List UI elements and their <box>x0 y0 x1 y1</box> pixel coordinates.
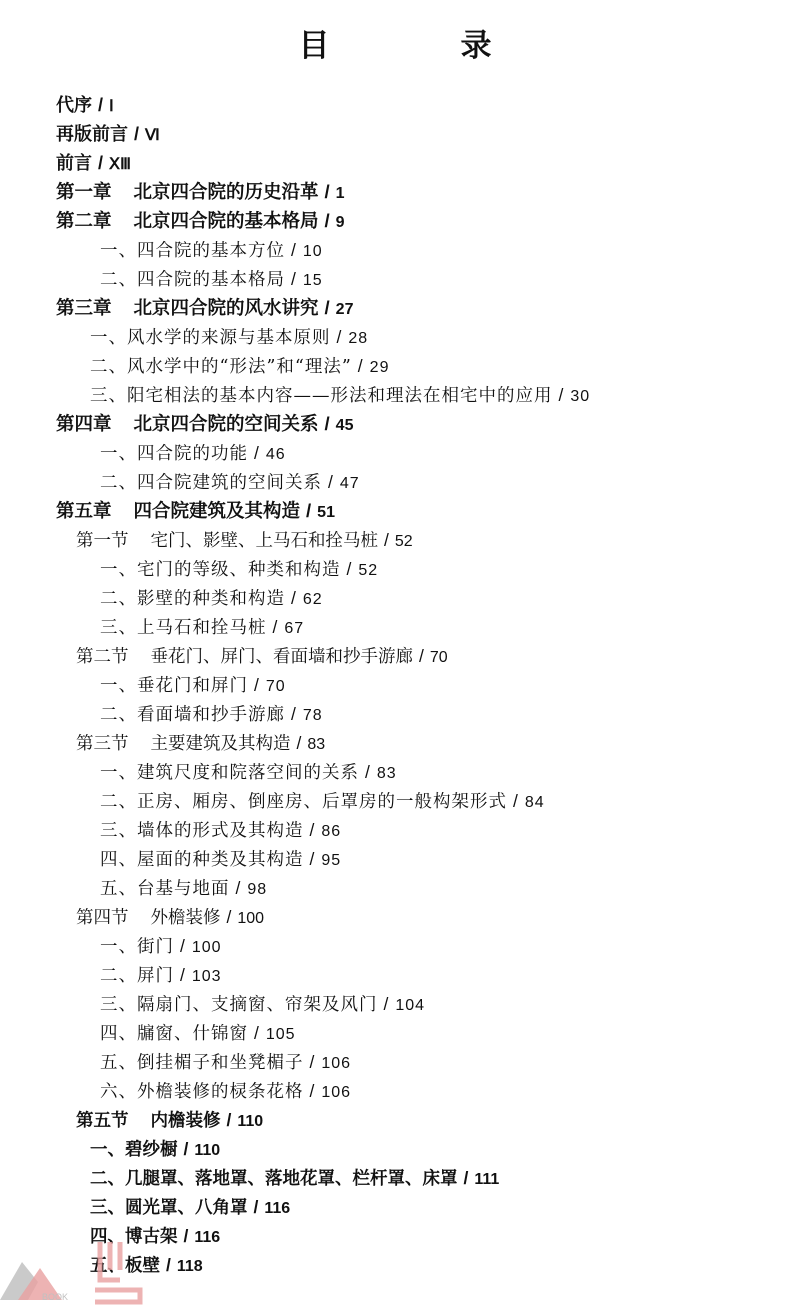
page-number: Ⅰ <box>109 98 114 115</box>
toc-item-entry[interactable]: 三、圆光罩、八角罩/116 <box>90 1194 290 1222</box>
toc-item-entry[interactable]: 四、牖窗、什锦窗/105 <box>100 1020 296 1048</box>
separator: / <box>419 646 424 666</box>
entry-label: 一、碧纱橱 <box>90 1140 178 1160</box>
toc-item-entry[interactable]: 一、建筑尺度和院落空间的关系/83 <box>100 759 397 787</box>
toc-item2-entry[interactable]: 三、阳宅相法的基本内容——形法和理法在相宅中的应用/30 <box>90 382 590 410</box>
entry-label: 四、屋面的种类及其构造 <box>100 850 304 870</box>
page-number: 70 <box>430 649 448 666</box>
entry-label: 四、牖窗、什锦窗 <box>100 1024 248 1044</box>
separator: / <box>291 269 297 289</box>
page-number: 52 <box>358 562 378 579</box>
toc-chapter-entry[interactable]: 第二章北京四合院的基本格局/9 <box>56 208 345 236</box>
separator: / <box>310 820 316 840</box>
toc-section-entry[interactable]: 第一节宅门、影壁、上马石和拴马桩/52 <box>76 527 413 555</box>
toc-item-entry[interactable]: 一、宅门的等级、种类和构造/52 <box>100 556 378 584</box>
separator: / <box>184 1226 189 1246</box>
toc-item-entry[interactable]: 二、看面墙和抄手游廊/78 <box>100 701 323 729</box>
entry-label: 五、台基与地面 <box>100 879 230 899</box>
toc-chapter-entry[interactable]: 第三章北京四合院的风水讲究/27 <box>56 295 353 323</box>
page-number: 30 <box>570 388 590 405</box>
page-number: 51 <box>317 504 335 521</box>
page-number: 52 <box>395 533 413 550</box>
toc-item-entry[interactable]: 三、墙体的形式及其构造/86 <box>100 817 341 845</box>
separator: / <box>166 1255 171 1275</box>
page-number: 110 <box>194 1142 220 1159</box>
page-number: 9 <box>336 214 345 231</box>
separator: / <box>384 530 389 550</box>
entry-label: 外檐装修 <box>151 908 221 928</box>
toc-section-entry[interactable]: 第二节垂花门、屏门、看面墙和抄手游廊/70 <box>76 643 448 671</box>
toc-item-entry[interactable]: 三、上马石和拴马桩/67 <box>100 614 304 642</box>
toc-item-entry[interactable]: 一、街门/100 <box>100 933 222 961</box>
toc-item-entry[interactable]: 三、隔扇门、支摘窗、帘架及风门/104 <box>100 991 425 1019</box>
entry-label: 北京四合院的空间关系 <box>134 414 319 435</box>
toc-item-entry[interactable]: 一、垂花门和屏门/70 <box>100 672 286 700</box>
watermark-text: BOOK <box>42 1292 68 1302</box>
page-number: 45 <box>336 417 354 434</box>
page-number: 46 <box>266 446 286 463</box>
page-number: 95 <box>321 852 341 869</box>
page-number: 100 <box>237 910 264 927</box>
entry-label: 一、垂花门和屏门 <box>100 676 248 696</box>
entry-label: 一、宅门的等级、种类和构造 <box>100 560 341 580</box>
page-number: 111 <box>474 1171 499 1188</box>
page-number: 1 <box>336 185 345 202</box>
separator: / <box>134 124 139 144</box>
separator: / <box>180 965 186 985</box>
entry-label: 三、上马石和拴马桩 <box>100 618 267 638</box>
entry-label: 二、正房、厢房、倒座房、后罩房的一般构架形式 <box>100 792 507 812</box>
toc-chapter-entry[interactable]: 第四章北京四合院的空间关系/45 <box>56 411 353 439</box>
entry-number: 第一节 <box>76 531 129 551</box>
entry-label: 前言 <box>56 153 92 174</box>
separator: / <box>254 675 260 695</box>
toc-item-entry[interactable]: 五、台基与地面/98 <box>100 875 267 903</box>
entry-number: 第四节 <box>76 908 129 928</box>
entry-label: 一、风水学的来源与基本原则 <box>90 328 331 348</box>
separator: / <box>337 327 343 347</box>
separator: / <box>306 500 311 521</box>
page-number: 70 <box>266 678 286 695</box>
entry-label: 内檐装修 <box>151 1111 221 1131</box>
separator: / <box>98 153 103 173</box>
page-number: 118 <box>177 1258 203 1275</box>
page-number: 116 <box>264 1200 290 1217</box>
entry-label: 一、建筑尺度和院落空间的关系 <box>100 763 359 783</box>
separator: / <box>325 413 330 434</box>
page-number: 86 <box>321 823 341 840</box>
toc-front-matter-entry[interactable]: 前言/ⅩⅢ <box>56 150 131 178</box>
separator: / <box>180 936 186 956</box>
entry-label: 二、风水学中的“形法”和“理法” <box>90 357 352 377</box>
page-number: 78 <box>303 707 323 724</box>
page-number: 83 <box>377 765 397 782</box>
toc-item-entry[interactable]: 四、屋面的种类及其构造/95 <box>100 846 341 874</box>
separator: / <box>325 297 330 318</box>
separator: / <box>291 588 297 608</box>
toc-item-entry[interactable]: 二、四合院的基本格局/15 <box>100 266 323 294</box>
separator: / <box>513 791 519 811</box>
entry-number: 第五章 <box>56 501 112 522</box>
toc-item-entry[interactable]: 一、四合院的功能/46 <box>100 440 286 468</box>
entry-label: 垂花门、屏门、看面墙和抄手游廊 <box>151 647 414 667</box>
separator: / <box>98 95 103 115</box>
page-number: 10 <box>303 243 323 260</box>
separator: / <box>227 1110 232 1130</box>
entry-label: 三、阳宅相法的基本内容——形法和理法在相宅中的应用 <box>90 386 553 406</box>
entry-label: 六、外檐装修的棂条花格 <box>100 1082 304 1102</box>
page-number: 29 <box>370 359 390 376</box>
entry-label: 三、墙体的形式及其构造 <box>100 821 304 841</box>
toc-item-entry[interactable]: 二、正房、厢房、倒座房、后罩房的一般构架形式/84 <box>100 788 545 816</box>
entry-label: 北京四合院的基本格局 <box>134 211 319 232</box>
page-number: 47 <box>340 475 360 492</box>
page-number: 83 <box>307 736 325 753</box>
toc-item-entry[interactable]: 一、四合院的基本方位/10 <box>100 237 323 265</box>
entry-label: 宅门、影壁、上马石和拴马桩 <box>151 531 379 551</box>
entry-label: 一、四合院的基本方位 <box>100 241 285 261</box>
toc-item-entry[interactable]: 二、四合院建筑的空间关系/47 <box>100 469 360 497</box>
separator: / <box>310 1081 316 1101</box>
page-number: 28 <box>348 330 368 347</box>
page-number: 15 <box>303 272 323 289</box>
entry-label: 代序 <box>56 95 92 116</box>
page-number: Ⅵ <box>145 127 160 144</box>
page-number: 116 <box>194 1229 220 1246</box>
toc-front-matter-entry[interactable]: 再版前言/Ⅵ <box>56 121 160 149</box>
separator: / <box>328 472 334 492</box>
page-number: 27 <box>336 301 354 318</box>
toc-front-matter-entry[interactable]: 代序/Ⅰ <box>56 92 114 120</box>
separator: / <box>384 994 390 1014</box>
toc-chapter-entry[interactable]: 第一章北京四合院的历史沿革/1 <box>56 179 345 207</box>
separator: / <box>254 1023 260 1043</box>
page-number: 103 <box>192 968 222 985</box>
entry-label: 二、看面墙和抄手游廊 <box>100 705 285 725</box>
entry-label: 一、四合院的功能 <box>100 444 248 464</box>
entry-number: 第三章 <box>56 298 112 319</box>
separator: / <box>325 181 330 202</box>
separator: / <box>559 385 565 405</box>
page-number: ⅩⅢ <box>109 156 131 173</box>
separator: / <box>273 617 279 637</box>
page-number: 106 <box>321 1084 351 1101</box>
separator: / <box>325 210 330 231</box>
page-number: 105 <box>266 1026 296 1043</box>
book-watermark-logo: BOOK <box>0 1240 150 1305</box>
separator: / <box>297 733 302 753</box>
separator: / <box>254 1197 259 1217</box>
entry-label: 五、倒挂楣子和坐凳楣子 <box>100 1053 304 1073</box>
toc-item-entry[interactable]: 二、影壁的种类和构造/62 <box>100 585 323 613</box>
entry-label: 北京四合院的历史沿革 <box>134 182 319 203</box>
entry-label: 再版前言 <box>56 124 128 145</box>
page-number: 62 <box>303 591 323 608</box>
entry-label: 北京四合院的风水讲究 <box>134 298 319 319</box>
separator: / <box>227 907 232 927</box>
toc-item-entry[interactable]: 六、外檐装修的棂条花格/106 <box>100 1078 351 1106</box>
entry-number: 第一章 <box>56 182 112 203</box>
separator: / <box>310 849 316 869</box>
toc-item2-entry[interactable]: 二、风水学中的“形法”和“理法”/29 <box>90 353 389 381</box>
separator: / <box>464 1168 469 1188</box>
entry-label: 二、几腿罩、落地罩、落地花罩、栏杆罩、床罩 <box>90 1169 458 1189</box>
page-number: 100 <box>192 939 222 956</box>
page-number: 67 <box>284 620 304 637</box>
entry-label: 三、隔扇门、支摘窗、帘架及风门 <box>100 995 378 1015</box>
entry-number: 第二节 <box>76 647 129 667</box>
toc-item-entry[interactable]: 二、屏门/103 <box>100 962 222 990</box>
toc-section-entry[interactable]: 第四节外檐装修/100 <box>76 904 264 932</box>
page-number: 104 <box>395 997 425 1014</box>
toc-section-entry[interactable]: 第五节内檐装修/110 <box>76 1107 263 1135</box>
entry-label: 二、屏门 <box>100 966 174 986</box>
entry-label: 二、四合院的基本格局 <box>100 270 285 290</box>
page-number: 98 <box>247 881 267 898</box>
entry-number: 第三节 <box>76 734 129 754</box>
page-number: 106 <box>321 1055 351 1072</box>
entry-label: 一、街门 <box>100 937 174 957</box>
separator: / <box>310 1052 316 1072</box>
separator: / <box>254 443 260 463</box>
toc-item2-entry[interactable]: 一、风水学的来源与基本原则/28 <box>90 324 368 352</box>
entry-label: 主要建筑及其构造 <box>151 734 291 754</box>
separator: / <box>291 240 297 260</box>
separator: / <box>184 1139 189 1159</box>
entry-label: 二、影壁的种类和构造 <box>100 589 285 609</box>
separator: / <box>291 704 297 724</box>
entry-label: 二、四合院建筑的空间关系 <box>100 473 322 493</box>
page-number: 84 <box>525 794 545 811</box>
separator: / <box>236 878 242 898</box>
toc-item-entry[interactable]: 二、几腿罩、落地罩、落地花罩、栏杆罩、床罩/111 <box>90 1165 499 1193</box>
entry-label: 三、圆光罩、八角罩 <box>90 1198 248 1218</box>
separator: / <box>365 762 371 782</box>
toc-section-entry[interactable]: 第三节主要建筑及其构造/83 <box>76 730 325 758</box>
entry-label: 四合院建筑及其构造 <box>134 501 301 522</box>
entry-number: 第四章 <box>56 414 112 435</box>
page-number: 110 <box>237 1113 263 1130</box>
separator: / <box>347 559 353 579</box>
toc-item-entry[interactable]: 一、碧纱橱/110 <box>90 1136 220 1164</box>
toc-chapter-entry[interactable]: 第五章四合院建筑及其构造/51 <box>56 498 335 526</box>
entry-number: 第五节 <box>76 1111 129 1131</box>
page-title: 目 录 <box>0 20 790 65</box>
toc-item-entry[interactable]: 五、倒挂楣子和坐凳楣子/106 <box>100 1049 351 1077</box>
entry-number: 第二章 <box>56 211 112 232</box>
separator: / <box>358 356 364 376</box>
